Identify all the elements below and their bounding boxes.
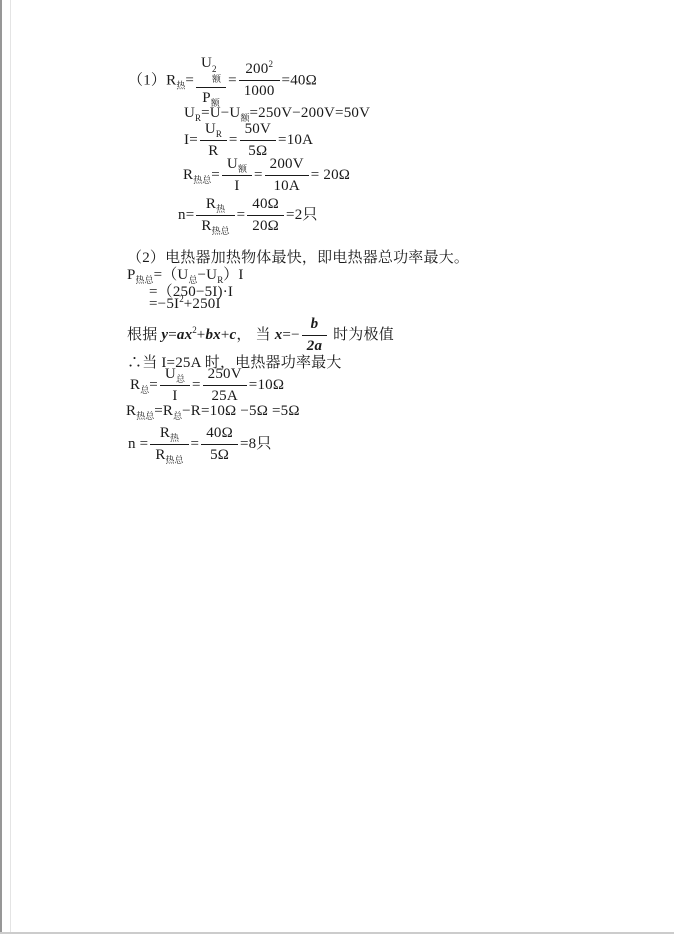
formula-r-heat-total-part2: R热总=R总−R=10Ω −5Ω =5Ω <box>126 403 300 420</box>
document-page: （1）R热=U2额P额=20021000=40Ω UR=U−U额=250V−20… <box>0 0 674 934</box>
formula-p-step3: =−5I2+250I <box>149 296 221 313</box>
formula-current: I=URR=50V5Ω=10A <box>184 121 313 161</box>
formula-parabola-vertex: 根据 y=ax2+bx+c， 当 x=−b2a 时为极值 <box>127 316 394 356</box>
formula-heater-count-part2: n =R热R热总=40Ω5Ω=8只 <box>128 425 272 465</box>
formula-r-heat-total: R热总=U额I=200V10A= 20Ω <box>183 156 350 196</box>
page-left-faint-line <box>10 0 11 934</box>
formula-r-total: R总=U总I=250V25A=10Ω <box>130 366 284 406</box>
formula-heater-count-part1: n=R热R热总=40Ω20Ω=2只 <box>178 196 318 236</box>
page-left-edge <box>0 0 2 934</box>
formula-r-heat: （1）R热=U2额P额=20021000=40Ω <box>128 55 317 107</box>
formula-ur-voltage: UR=U−U额=250V−200V=50V <box>184 105 370 122</box>
